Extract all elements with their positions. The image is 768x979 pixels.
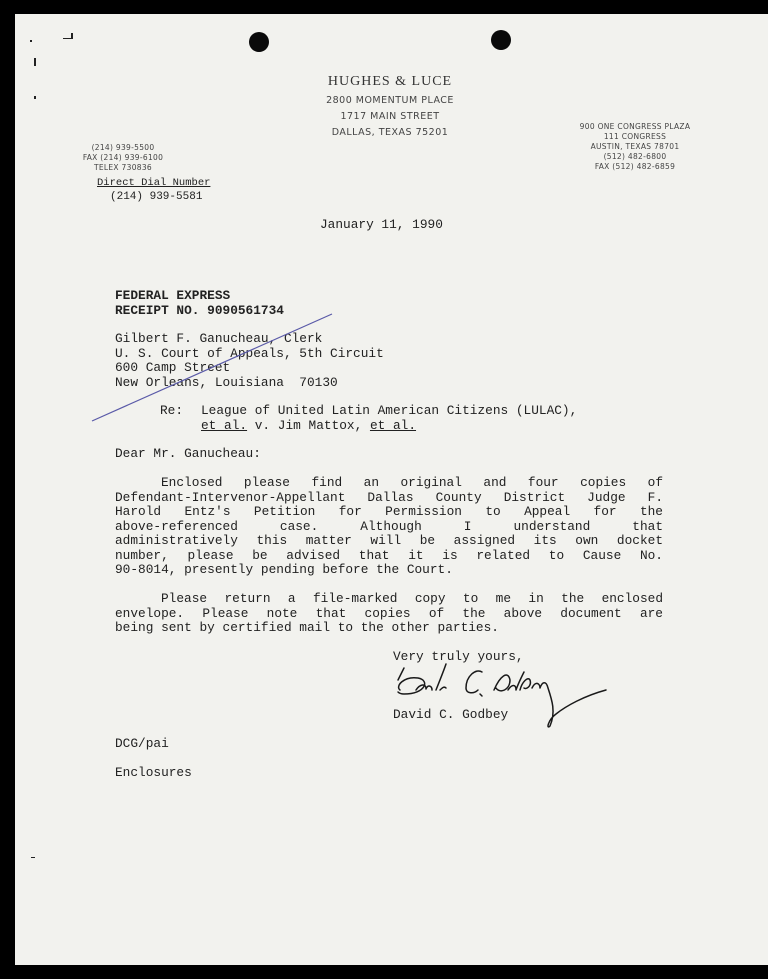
firm-name: HUGHES & LUCE [255,74,525,90]
body-paragraph-2: Please return a file-marked copy to me i… [115,592,663,636]
receipt-number: RECEIPT NO. 9090561734 [115,304,284,319]
austin-office-block: 900 ONE CONGRESS PLAZA 111 CONGRESS AUST… [560,122,710,172]
letter-page: HUGHES & LUCE 2800 MOMENTUM PLACE 1717 M… [15,14,768,965]
reference-initials: DCG/pai [115,737,169,752]
paragraph-line: Please return a file-marked copy to me i… [115,592,663,607]
paragraph-line: being sent by certified mail to the othe… [115,621,663,636]
paragraph-line: Enclosed please find an original and fou… [115,476,663,491]
et-al: et al. [370,418,416,433]
paragraph-line: administratively this matter will be ass… [115,534,663,549]
re-line-2: et al. v. Jim Mattox, et al. [201,419,416,434]
address-line: 2800 MOMENTUM PLACE [255,95,525,106]
austin-address: 111 CONGRESS [560,132,710,142]
re-line-1: League of United Latin American Citizens… [201,404,663,419]
dallas-contact-block: (214) 939-5500 FAX (214) 939-6100 TELEX … [73,143,173,173]
letterhead-main: HUGHES & LUCE 2800 MOMENTUM PLACE 1717 M… [255,74,525,138]
direct-dial-number: (214) 939-5581 [110,190,202,205]
re-subject: League of United Latin American Citizens… [201,404,663,419]
fax-line: FAX (214) 939-6100 [73,153,173,163]
telex-line: TELEX 730836 [73,163,173,173]
letter-date: January 11, 1990 [320,218,443,233]
signer-name: David C. Godbey [393,708,508,723]
austin-address: 900 ONE CONGRESS PLAZA [560,122,710,132]
austin-address: AUSTIN, TEXAS 78701 [560,142,710,152]
scan-speck [31,857,35,858]
paragraph-line: Defendant-Intervenor-Appellant Dallas Co… [115,491,663,506]
paragraph-line: above-referenced case. Although I unders… [115,520,663,535]
closing: Very truly yours, [393,650,524,665]
austin-fax: FAX (512) 482-6859 [560,162,710,172]
austin-phone: (512) 482-6800 [560,152,710,162]
paragraph-line: envelope. Please note that copies of the… [115,607,663,622]
direct-dial-label: Direct Dial Number [97,176,210,191]
re-label: Re: [160,404,183,419]
salutation: Dear Mr. Ganucheau: [115,447,261,462]
et-al: et al. [201,418,247,433]
paragraph-line: 90-8014, presently pending before the Co… [115,563,663,578]
scan-speck [71,33,73,38]
phone-line: (214) 939-5500 [73,143,173,153]
recipient-court: U. S. Court of Appeals, 5th Circuit [115,347,384,362]
scan-speck [30,40,32,42]
punch-hole-right [491,30,511,50]
recipient-city: New Orleans, Louisiana 70130 [115,376,338,391]
recipient-name: Gilbert F. Ganucheau, Clerk [115,332,322,347]
address-line: DALLAS, TEXAS 75201 [255,127,525,138]
enclosures-note: Enclosures [115,766,192,781]
paragraph-line: number, please be advised that it is rel… [115,549,663,564]
scan-speck [63,38,73,39]
re-versus: v. Jim Mattox, [247,418,370,433]
scan-speck [34,58,36,66]
paragraph-line: Harold Entz's Petition for Permission to… [115,505,663,520]
punch-hole-left [249,32,269,52]
recipient-street: 600 Camp Street [115,361,230,376]
delivery-method: FEDERAL EXPRESS [115,289,230,304]
body-paragraph-1: Enclosed please find an original and fou… [115,476,663,578]
scan-speck [34,96,36,99]
address-line: 1717 MAIN STREET [255,111,525,122]
